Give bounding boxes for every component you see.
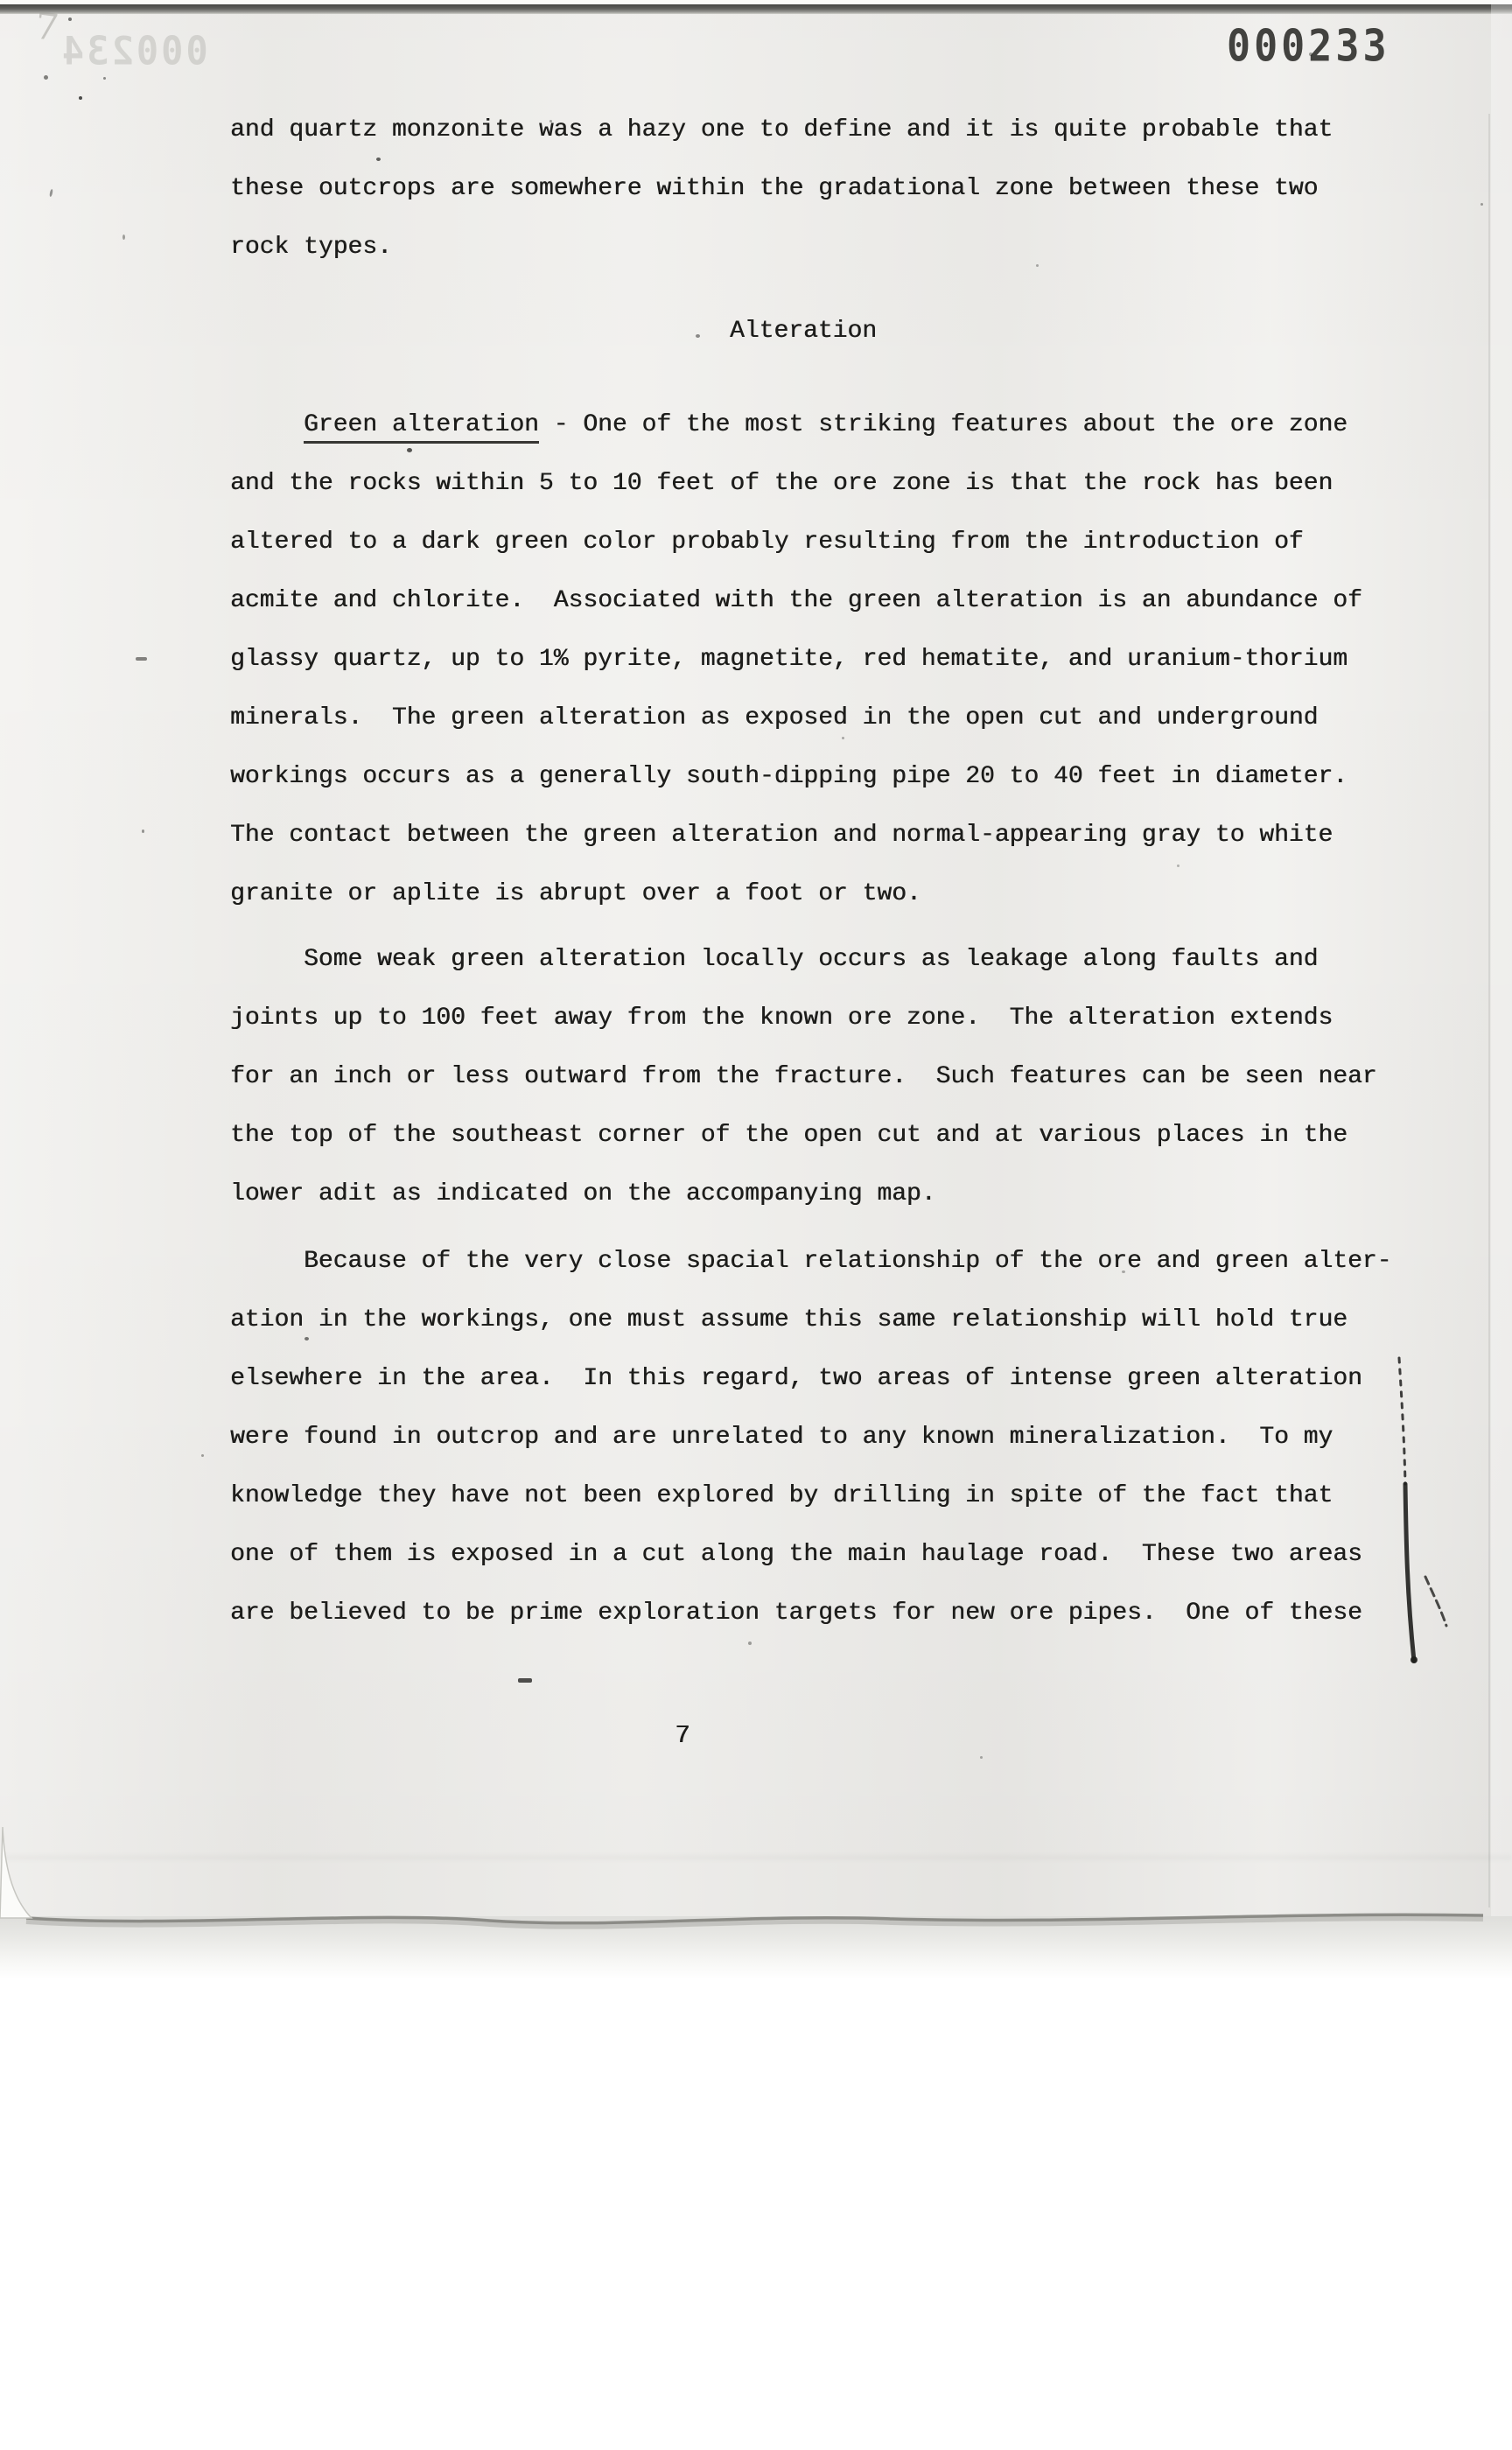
text-line: lower adit as indicated on the accompany… xyxy=(230,1165,1397,1223)
ink-speck xyxy=(122,234,125,240)
text-line: and quartz monzonite was a hazy one to d… xyxy=(230,101,1397,159)
text-line: knowledge they have not been explored by… xyxy=(230,1466,1397,1525)
text-line: for an inch or less outward from the fra… xyxy=(230,1047,1397,1106)
paper-right-edge xyxy=(1488,114,1490,1907)
ink-speck xyxy=(142,829,144,833)
paper-right-band xyxy=(1491,0,1512,1916)
text-line: minerals. The green alteration as expose… xyxy=(230,689,1397,747)
text-line: Because of the very close spacial relati… xyxy=(230,1232,1397,1291)
text-line: rock types. xyxy=(230,218,1397,276)
underlined-phrase: Green alteration xyxy=(304,411,539,444)
text-line: The contact between the green alteration… xyxy=(230,806,1397,864)
ink-speck xyxy=(44,75,48,80)
section-heading: Alteration xyxy=(220,302,1387,360)
text-line: were found in outcrop and are unrelated … xyxy=(230,1408,1397,1466)
text-line: Some weak green alteration locally occur… xyxy=(230,930,1397,989)
ink-speck xyxy=(103,77,106,80)
ink-speck xyxy=(68,17,72,21)
page-number: 7 xyxy=(656,1706,709,1765)
text-line: the top of the southeast corner of the o… xyxy=(230,1106,1397,1165)
paragraph-3: Some weak green alteration locally occur… xyxy=(230,930,1397,1223)
ink-speck xyxy=(1309,52,1312,56)
text-line: granite or aplite is abrupt over a foot … xyxy=(230,864,1397,923)
text-line: Green alteration - One of the most strik… xyxy=(230,395,1397,454)
text-line: are believed to be prime exploration tar… xyxy=(230,1584,1397,1642)
text-line: acmite and chlorite. Associated with the… xyxy=(230,571,1397,630)
ink-speck xyxy=(1177,864,1179,867)
paragraph-2: Green alteration - One of the most strik… xyxy=(230,395,1397,923)
text-line: these outcrops are somewhere within the … xyxy=(230,159,1397,218)
text-line: glassy quartz, up to 1% pyrite, magnetit… xyxy=(230,630,1397,689)
text-line: one of them is exposed in a cut along th… xyxy=(230,1525,1397,1584)
ink-speck xyxy=(1480,203,1483,206)
paper-fold-line xyxy=(0,1855,1512,1860)
ink-speck xyxy=(1122,1270,1125,1273)
ink-speck xyxy=(696,334,700,338)
scan-top-edge-line xyxy=(0,4,1512,14)
text-line: joints up to 100 feet away from the know… xyxy=(230,989,1397,1047)
ink-speck xyxy=(304,1337,309,1340)
paragraph-1: and quartz monzonite was a hazy one to d… xyxy=(230,101,1397,276)
ink-speck xyxy=(842,737,844,739)
ink-speck xyxy=(376,157,381,161)
page-stamp-number: 000233 xyxy=(1227,20,1390,71)
ink-speck xyxy=(407,448,412,452)
ink-speck xyxy=(549,120,552,122)
text-line: ation in the workings, one must assume t… xyxy=(230,1291,1397,1349)
bottom-pen-dash xyxy=(518,1678,532,1683)
paragraph-4: Because of the very close spacial relati… xyxy=(230,1232,1397,1642)
text-line-rest: - One of the most striking features abou… xyxy=(539,411,1347,438)
paragraph-2-lines: and the rocks within 5 to 10 feet of the… xyxy=(230,454,1397,923)
bleedthrough-stamp-number: 000234 xyxy=(59,29,208,73)
text-line: workings occurs as a generally south-dip… xyxy=(230,747,1397,806)
text-line: and the rocks within 5 to 10 feet of the… xyxy=(230,454,1397,513)
ink-speck xyxy=(980,1756,983,1759)
ink-speck xyxy=(1036,264,1039,267)
ink-speck xyxy=(79,96,82,100)
scan-bottom-shadow-strip xyxy=(0,1916,1512,1979)
text-line: altered to a dark green color probably r… xyxy=(230,513,1397,571)
document-body: and quartz monzonite was a hazy one to d… xyxy=(230,101,1397,1642)
text-line: elsewhere in the area. In this regard, t… xyxy=(230,1349,1397,1408)
ink-speck xyxy=(201,1454,204,1457)
margin-pen-dash xyxy=(136,657,147,661)
ink-speck xyxy=(857,1015,860,1018)
ink-speck xyxy=(748,1641,752,1645)
